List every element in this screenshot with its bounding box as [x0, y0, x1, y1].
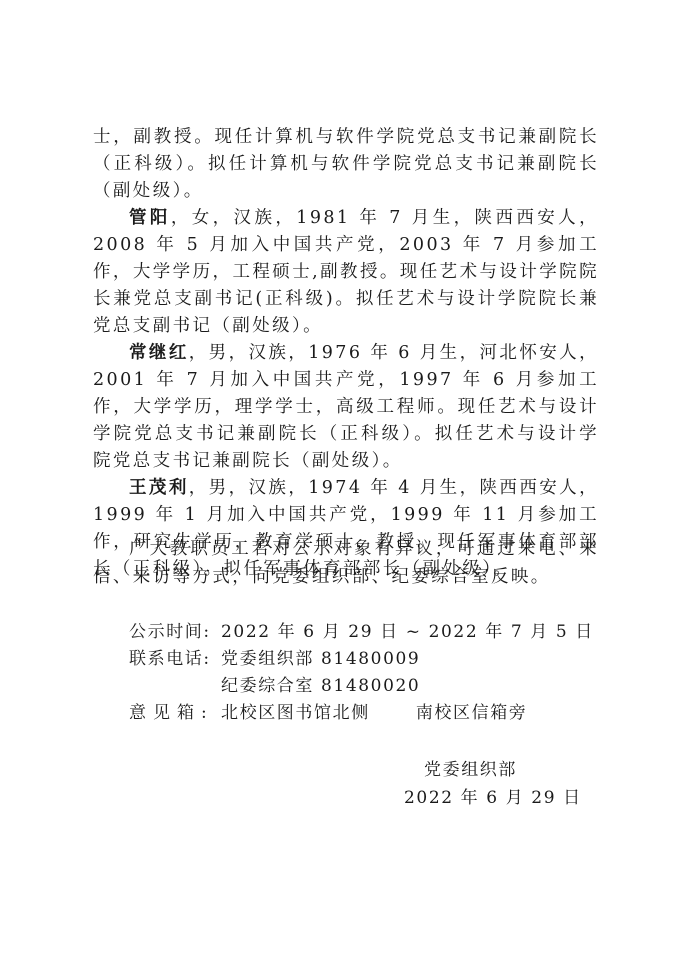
- phone-discipline-office: 纪委综合室 81480020: [221, 673, 420, 700]
- publicity-period-row: 公示时间: 2022 年 6 月 29 日 ~ 2022 年 7 月 5 日: [129, 619, 594, 646]
- document-page: 士，副教授。现任计算机与软件学院党总支书记兼副院长（正科级）。拟任计算机与软件学…: [0, 0, 684, 968]
- candidate-list: 士，副教授。现任计算机与软件学院党总支书记兼副院长（正科级）。拟任计算机与软件学…: [93, 124, 599, 583]
- candidate-name: 王茂利: [129, 478, 189, 498]
- candidate-name: 管阳: [129, 208, 171, 228]
- candidate-paragraph-guanyang: 管阳，女，汉族，1981 年 7 月生，陕西西安人，2008 年 5 月加入中国…: [93, 205, 599, 340]
- mailbox-north: 北校区图书馆北侧: [221, 703, 370, 723]
- period-label: 公示时间:: [129, 619, 221, 646]
- mailbox-label: 意见箱:: [129, 700, 221, 727]
- paragraph-text: 士，副教授。现任计算机与软件学院党总支书记兼副院长（正科级）。拟任计算机与软件学…: [93, 127, 599, 201]
- phone-organization-dept: 党委组织部 81480009: [221, 646, 420, 673]
- mailbox-south: 南校区信箱旁: [416, 703, 528, 723]
- signature-date: 2022 年 6 月 29 日: [404, 784, 582, 812]
- contact-phone-row: 联系电话: 党委组织部 81480009: [129, 646, 594, 673]
- candidate-name: 常继红: [129, 343, 189, 363]
- phone-label-spacer: [129, 673, 221, 700]
- candidate-paragraph-changjihong: 常继红，男，汉族，1976 年 6 月生，河北怀安人，2001 年 7 月加入中…: [93, 340, 599, 475]
- objection-notice: 广大教职员工若对公示对象有异议，可通过来电、来信、来访等方式，向党委组织部、纪委…: [93, 535, 599, 591]
- phone-label: 联系电话:: [129, 646, 221, 673]
- mailbox-row: 意见箱: 北校区图书馆北侧南校区信箱旁: [129, 700, 594, 727]
- period-value: 2022 年 6 月 29 日 ~ 2022 年 7 月 5 日: [221, 619, 594, 646]
- contact-phone-row-2: 纪委综合室 81480020: [129, 673, 594, 700]
- candidate-paragraph-continued: 士，副教授。现任计算机与软件学院党总支书记兼副院长（正科级）。拟任计算机与软件学…: [93, 124, 599, 205]
- publicity-info: 公示时间: 2022 年 6 月 29 日 ~ 2022 年 7 月 5 日 联…: [129, 619, 594, 727]
- signature-org: 党委组织部: [404, 756, 582, 784]
- mailbox-locations: 北校区图书馆北侧南校区信箱旁: [221, 700, 527, 727]
- signature-block: 党委组织部 2022 年 6 月 29 日: [404, 756, 582, 812]
